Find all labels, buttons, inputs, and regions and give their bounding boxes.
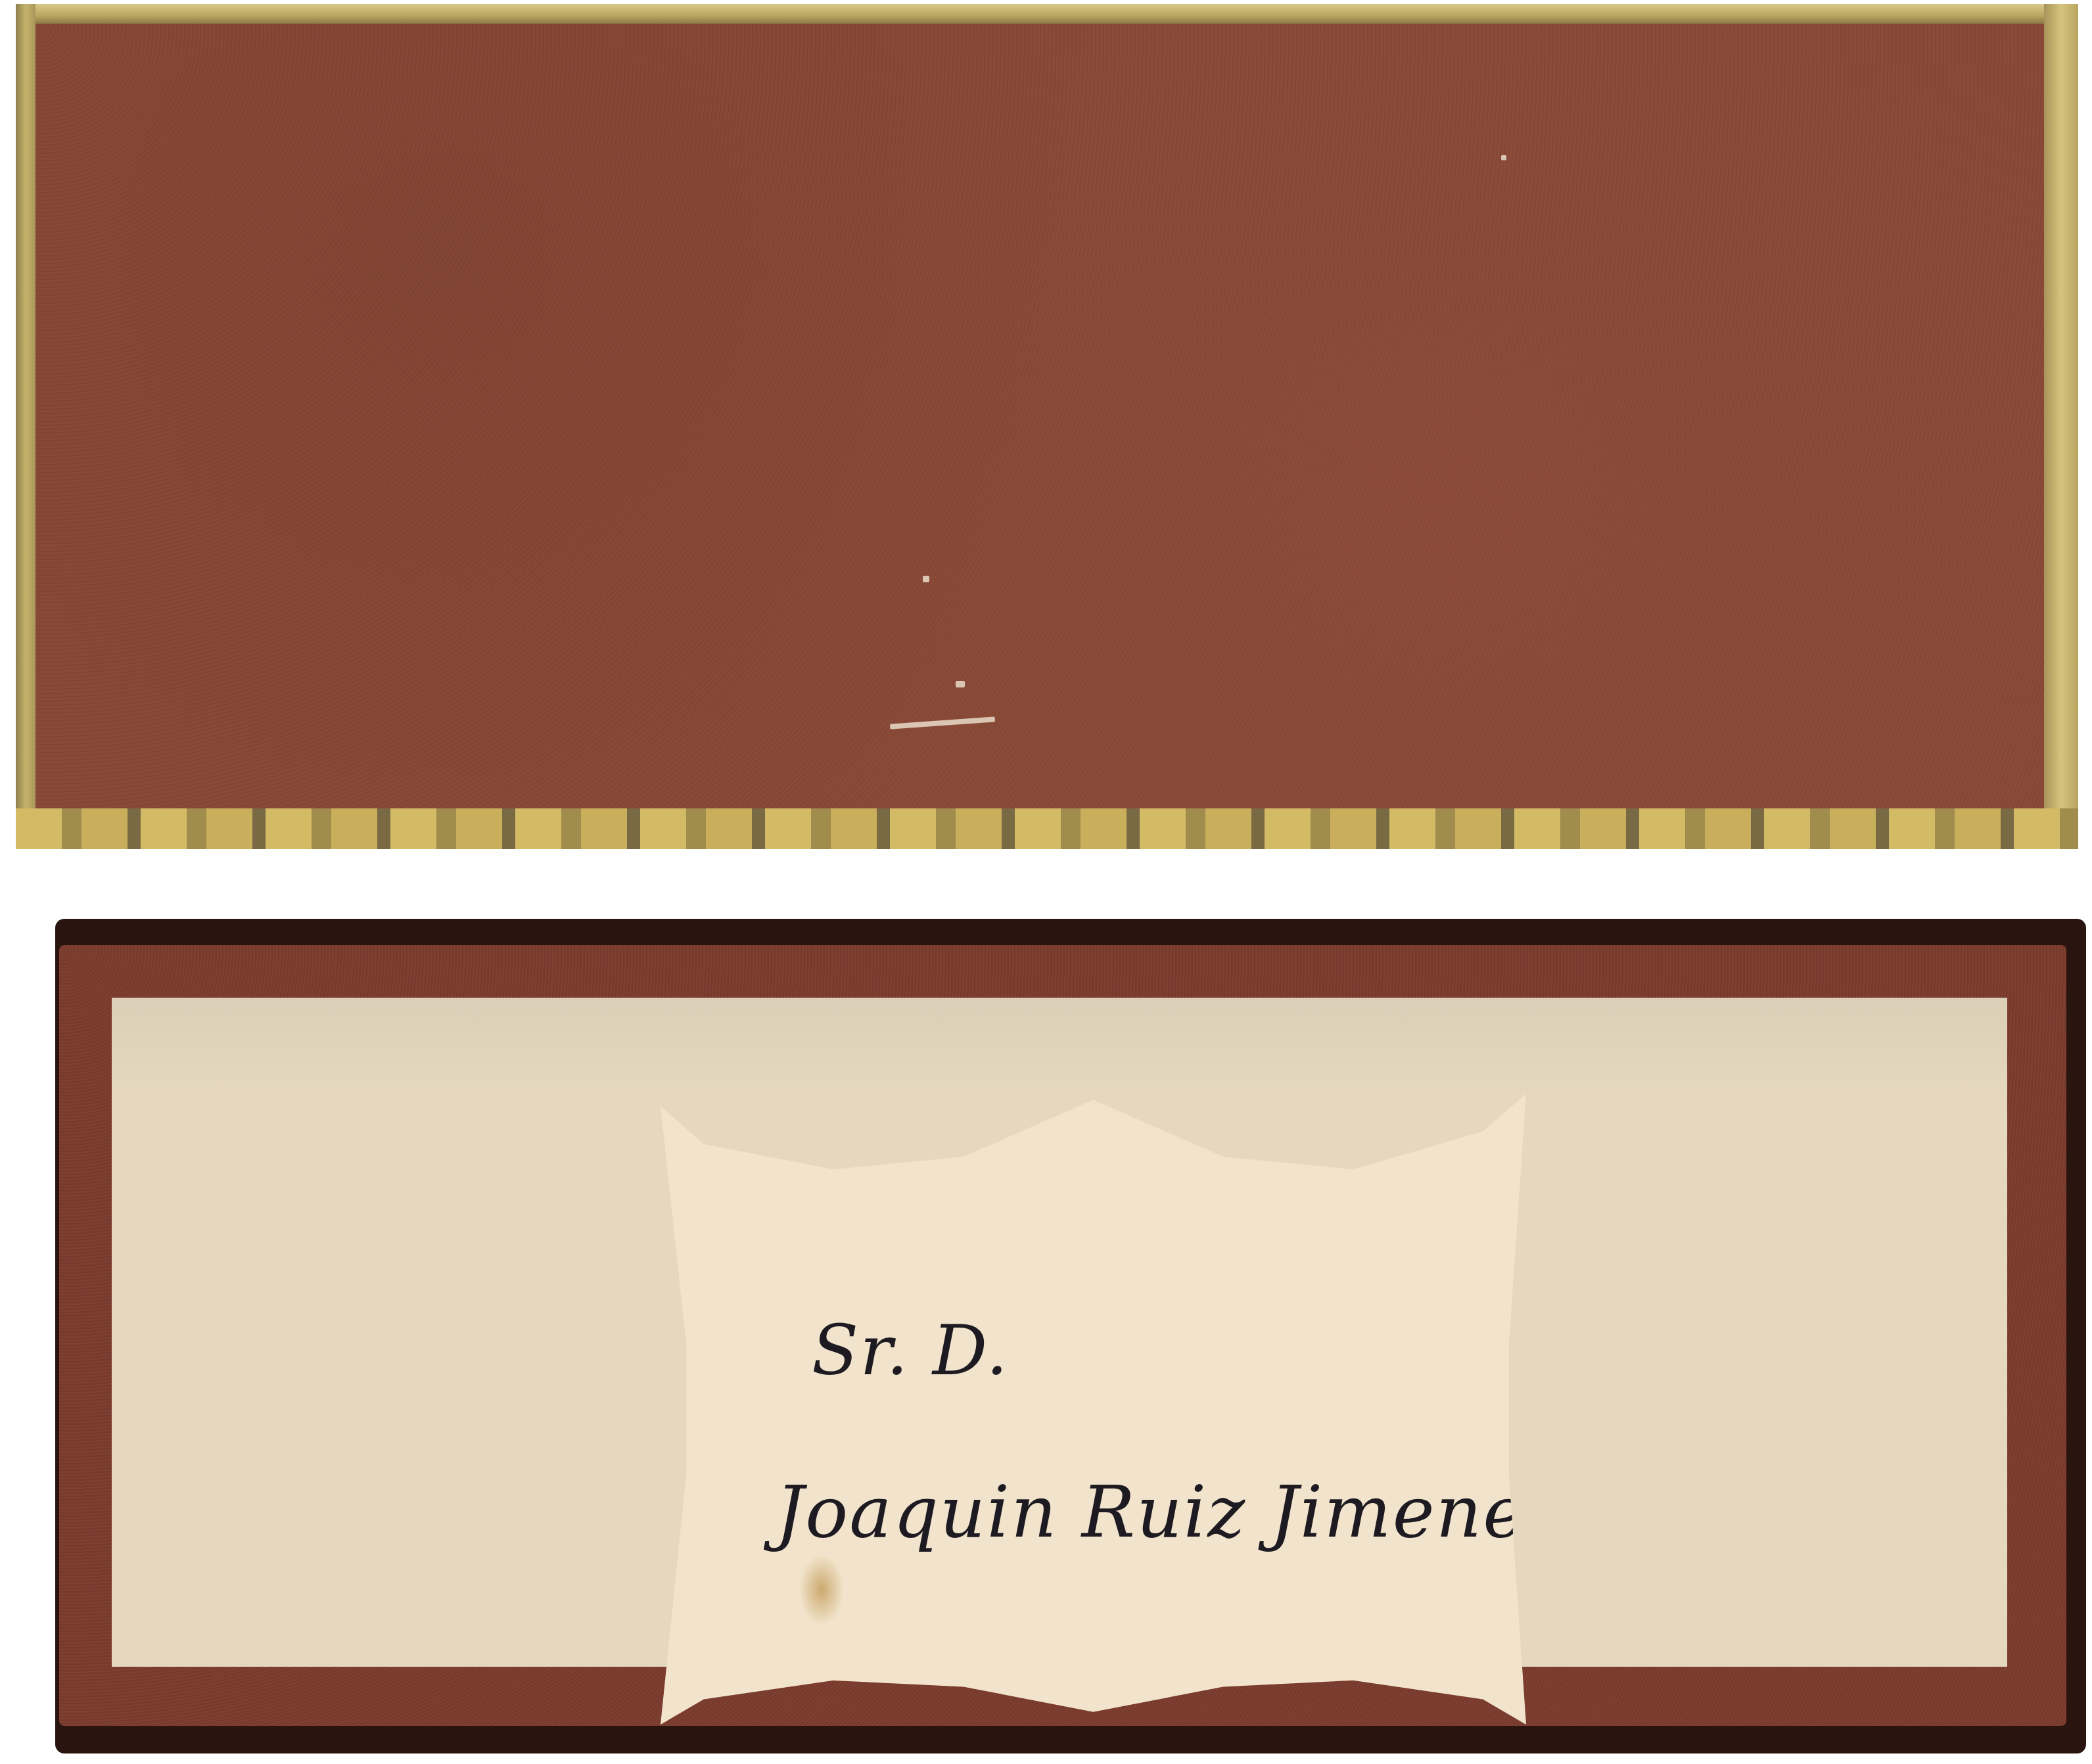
address-label: Sr. D. Joaquin Ruiz Jimenez. (661, 1094, 1526, 1725)
scuff-mark (890, 716, 995, 729)
box-lid-exterior (16, 4, 2078, 849)
label-name: Joaquin Ruiz Jimenez. (776, 1472, 1589, 1554)
scuff-mark (1501, 155, 1506, 160)
scuff-mark (923, 576, 929, 582)
gilt-edge-top (16, 4, 2078, 24)
scuff-mark (956, 681, 965, 687)
gilt-edge-left (16, 4, 35, 849)
foxing-stain (799, 1554, 845, 1626)
box-frame: Sr. D. Joaquin Ruiz Jimenez. (59, 945, 2066, 1726)
gilt-edge-bottom (16, 808, 2078, 849)
leather-cover (35, 24, 2044, 808)
gilt-edge-right (2044, 4, 2078, 849)
label-salutation: Sr. D. (812, 1311, 1009, 1391)
paper-liner: Sr. D. Joaquin Ruiz Jimenez. (112, 998, 2007, 1667)
box-interior: Sr. D. Joaquin Ruiz Jimenez. (55, 919, 2086, 1753)
